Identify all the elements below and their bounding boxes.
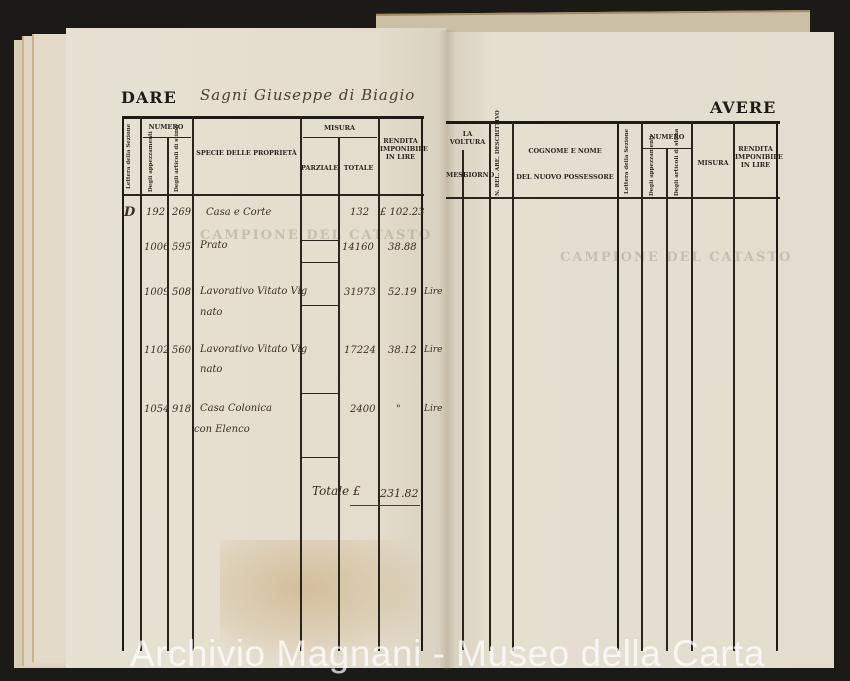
cell-note: Lire: [424, 345, 442, 355]
cell-specie: Casa e Corte: [206, 207, 271, 218]
header-articoli-stima: Degli articoli di stima: [174, 140, 180, 192]
header-misura: MISURA: [693, 160, 733, 168]
cell-appezzamento: 1006: [144, 242, 169, 253]
header-totale: TOTALE: [339, 165, 378, 173]
cell-totale: 17224: [344, 345, 376, 356]
cell-appezzamento: 1054: [144, 404, 169, 415]
header-lettera-sezione: Lettera della Sezione: [624, 126, 630, 196]
header-voltura: LA VOLTURA: [446, 131, 489, 147]
cell-articolo: 560: [172, 345, 191, 356]
cell-totale: 14160: [342, 242, 374, 253]
header-lettera-sezione: Lettera della Sezione: [126, 120, 132, 192]
cell-articolo: 269: [172, 207, 191, 218]
header-rendita: RENDITA IMPONIBILE IN LIRE: [735, 146, 776, 169]
cell-lettera: D: [124, 205, 135, 220]
cell-totale: 132: [350, 207, 369, 218]
header-appezzamenti: Degli appezzamenti: [649, 151, 655, 196]
cell-appezzamento: 1102: [144, 345, 169, 356]
cell-totale: 31973: [344, 287, 376, 298]
cell-totale: 2400: [350, 404, 375, 415]
cell-note: Lire: [424, 287, 442, 297]
header-giorno: GIORNO: [463, 172, 489, 180]
owner-name-handwritten: Sagni Giuseppe di Biagio: [200, 86, 415, 104]
avere-heading: AVERE: [710, 98, 776, 117]
cell-articolo: 508: [172, 287, 191, 298]
cell-appezzamento: 1009: [144, 287, 169, 298]
cell-specie: Lavorativo Vitato Vig: [200, 286, 307, 297]
cell-specie: Prato: [200, 240, 228, 251]
cell-specie: Casa Colonica: [200, 403, 272, 414]
cell-rendita: 38.12: [388, 345, 417, 356]
header-parziale: PARZIALE: [301, 165, 338, 173]
bleed-through-text: CAMPIONE DEL CATASTO: [560, 250, 792, 265]
cell-articolo: 595: [172, 242, 191, 253]
header-specie-proprieta: SPECIE DELLE PROPRIETÀ: [194, 150, 299, 158]
header-articoli-stima: Degli articoli di stima: [674, 151, 680, 196]
header-num-registro: N. REL. ARE. DESCRITTIVO: [495, 124, 501, 196]
cell-specie-cont: nato: [200, 307, 222, 318]
total-underline: [350, 505, 420, 506]
cell-rendita: 52.19: [388, 287, 417, 298]
cell-specie: Lavorativo Vitato Vig: [200, 344, 307, 355]
header-rendita: RENDITA IMPONIBILE IN LIRE: [380, 138, 421, 161]
header-misura: MISURA: [302, 125, 377, 133]
cell-note: Lire: [424, 404, 442, 414]
total-label: Totale £: [312, 484, 361, 498]
archive-watermark: Archivio Magnani - Museo della Carta: [130, 633, 765, 675]
cell-rendita: ": [396, 404, 401, 415]
dare-heading: DARE: [121, 88, 177, 107]
header-cognome-nome: COGNOME E NOME: [514, 148, 616, 156]
cell-appezzamento: 192: [146, 207, 165, 218]
cell-specie-cont: nato: [200, 364, 222, 375]
header-appezzamenti: Degli appezzamenti: [148, 140, 154, 192]
cell-articolo: 918: [172, 404, 191, 415]
header-nuovo-possessore: DEL NUOVO POSSESSORE: [514, 174, 616, 182]
header-mese: MESE: [446, 172, 462, 180]
cell-rendita: 38.88: [388, 242, 417, 253]
cell-rendita: £ 102.23: [380, 207, 425, 218]
cell-specie-cont: con Elenco: [194, 424, 250, 435]
total-value: 231.82: [380, 487, 419, 500]
